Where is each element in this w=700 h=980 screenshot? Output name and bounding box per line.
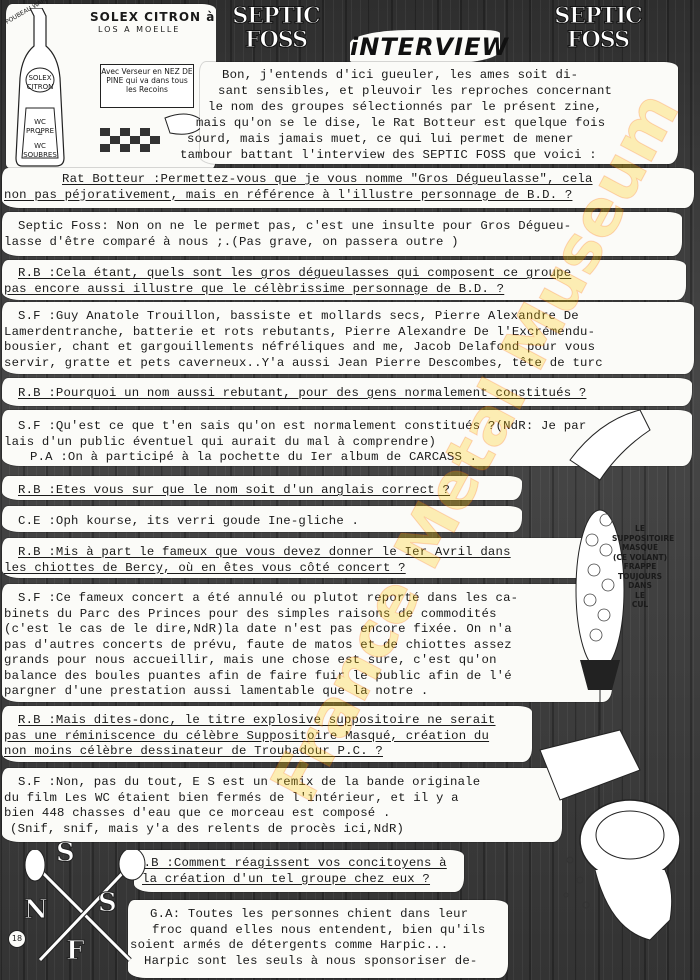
intro-line: le nom des groupes sélectionnés par le p… [208,100,602,116]
logo-letter-top: S [56,838,75,868]
intro-line: mais qu'on se le dise, le Rat Botteur es… [196,116,605,132]
bottle-label-3: WC SOUBRES [20,142,60,160]
toilet-bowl-illustration [500,720,680,960]
speech-balloon: Avec Verseur en NEZ DE PINE qui va dans … [100,64,194,108]
solex-ad-subtitle: LOS A MOELLE [98,25,180,34]
question-line: non moins célèbre dessinateur de Troubad… [4,744,383,760]
page-number: 18 [8,930,26,948]
intro-line: Bon, j'entends d'ici gueuler, les ames s… [222,68,578,84]
answer-line: bousier, chant et gargouillements néfrél… [4,340,595,356]
answer-line: (Snif, snif, mais y'a des relents de pro… [10,822,404,838]
question-line: non pas péjorativement, mais en référenc… [4,188,572,204]
answer-line: lais d'un public éventuel qui aurait du … [4,435,436,451]
question-line: la création d'un tel groupe chez eux ? [142,872,430,888]
interview-section-title: iNTERVIEW [350,30,500,64]
question-line: Rat Botteur :Permettez-vous que je vous … [62,172,593,188]
question-line: pas encore aussi illustre que le célèbri… [4,282,504,298]
answer-line: C.E :Oph kourse, its verri goude Ine-gli… [18,514,359,530]
answer-line: (c'est le cas de le dire,NdR)la date n'e… [4,622,512,638]
answer-line: S.F :Non, pas du tout, E S est un remix … [18,775,480,791]
answer-line: balance des boules puantes afin de faire… [4,669,512,685]
answer-line: lasse d'être comparé à nous ;.(Pas grave… [4,235,459,251]
answer-line: du film Les WC étaient bien fermés de l'… [4,791,459,807]
intro-line: sant sensibles, et pleuvoir les reproche… [218,84,612,100]
logo-right-bottom: FOSS [550,28,646,52]
answer-line: pargner d'une prestation aussi lamentabl… [4,684,428,700]
question-line: les chiottes de Bercy, où en êtes vous c… [4,561,406,577]
question-line: R.B :Etes vous sur que le nom soit d'un … [18,483,450,499]
answer-line: S.F :Guy Anatole Trouillon, bassiste et … [18,309,579,325]
question-line: pas une réminiscence du célèbre Supposit… [4,729,489,745]
answer-line: S.F :Ce fameux concert a été annulé ou p… [18,591,518,607]
septic-foss-logo-left: SEPTIC FOSS [230,4,322,52]
answer-line: Harpic sont les seuls à nous sponsoriser… [144,954,478,970]
answer-line: soient armés de détergents comme Harpic.… [130,938,448,954]
logo-left-bottom: FOSS [230,28,322,52]
answer-line: Septic Foss: Non on ne le permet pas, c'… [18,219,571,235]
logo-left-top: SEPTIC [230,4,322,28]
question-line: R.B :Mis à part le fameux que vous devez… [18,545,511,561]
bottle-label-2: = [20,130,60,139]
answer-line: bien 448 chasses d'eau que ce morceau es… [4,806,391,822]
bottle-brand-label: SOLEX CITRON [26,74,54,92]
question-line: R.B :Mais dites-donc, le titre explosive… [18,713,496,729]
logo-letter-bottom: F [66,936,84,966]
answer-line: Lamerdentranche, batterie et rots rebuta… [4,325,595,341]
answer-line: pas d'autres concerts de prévu, faute de… [4,638,512,654]
answer-line: binets du Parc des Princes pour des simp… [4,607,497,623]
intro-line: tambour battant l'interview des SEPTIC F… [180,148,597,164]
answer-line: S.F :Qu'est ce que t'en sais qu'on est n… [18,419,586,435]
question-line: R.B :Comment réagissent vos concitoyens … [136,856,447,872]
answer-line: P.A :On à participé à la pochette du Ier… [30,450,477,466]
suppository-caption: LESUPPOSITOIREMASQUE (CE VOLANT)FRAPPETO… [612,524,668,610]
logo-letter-right: S [98,888,117,918]
question-line: R.B :Pourquoi un nom aussi rebutant, pou… [18,386,586,402]
question-line: R.B :Cela étant, quels sont les gros dég… [18,266,571,282]
logo-letter-left: N [24,895,48,925]
solex-ad-title: SOLEX CITRON à [90,10,215,24]
answer-line: G.A: Toutes les personnes chient dans le… [150,907,468,923]
answer-line: servir, gratte et pets caverneux..Y'a au… [4,356,603,372]
answer-line: froc quand elles nous entendent, bien qu… [152,923,486,939]
logo-right-top: SEPTIC [550,4,646,28]
intro-line: sourd, mais jamais muet, ce qui lui perm… [187,132,574,148]
septic-foss-logo-right: SEPTIC FOSS [550,4,646,52]
answer-line: grands pour nous accueillir, mais une ch… [4,653,497,669]
